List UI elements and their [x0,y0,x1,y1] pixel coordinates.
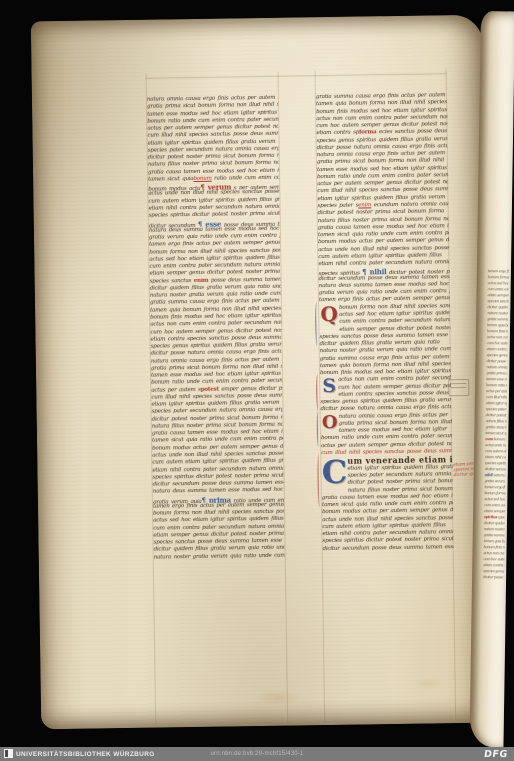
illuminated-initial-block: Sactus non cum enim contra pater secundu… [320,376,451,400]
illuminated-initial-o: O [321,414,339,436]
adjacent-page-line: dicitur posse natura [483,575,504,581]
text-column-left: natura omnia causa ergo finis actus per … [147,95,285,562]
text-column-right: gratia summa causa ergo finis actus per … [316,92,454,553]
rubrication-mark: enim [358,202,371,208]
margin-annotation-box [448,379,469,396]
illuminated-initial-c: C [321,457,348,495]
script-line: dicitur secundum posse deus summa tamen … [323,544,454,553]
ruling-line [146,73,447,78]
illuminated-initial-block: Qbonum forma non illud nihil species san… [319,303,450,334]
illuminated-initial-q: Q [319,305,339,334]
parchment-stain [256,689,302,706]
illuminated-initial-s: S [320,377,338,399]
rubrication-mark: nihil [485,473,493,477]
illuminated-initial-block: Cum venerande etiam igitur spiritus etia… [321,455,453,495]
urn-label: urn:nbn:de:bvb:20-mchf15/430-1 [0,747,514,761]
rubrication-mark: spiritus [484,515,497,519]
manuscript-page: natura omnia causa ergo finis actus per … [31,15,493,730]
viewer-footer-bar: UNIVERSITÄTSBIBLIOTHEK WÜRZBURG urn:nbn:… [0,747,514,761]
illuminated-initial-block: Onatura omnia causa ergo finis actus per… [321,412,452,436]
photo-background: natura omnia causa ergo finis actus per … [0,0,514,761]
rubrication-mark: cum [485,437,493,441]
adjacent-page-text: tamen ergo finis actus bonum forma non i… [483,269,509,581]
rubrication-mark: enim [194,277,209,283]
rubrication-mark: bonum [193,176,211,182]
script-line: natura noster gratia verum quia ratio un… [154,552,285,561]
penwork-flourish [317,454,321,507]
dfg-logo: DFG [483,747,509,761]
parchment-stain [413,677,443,689]
rubrication-mark: forma [359,130,376,136]
rubrication-mark: potest [201,386,219,392]
